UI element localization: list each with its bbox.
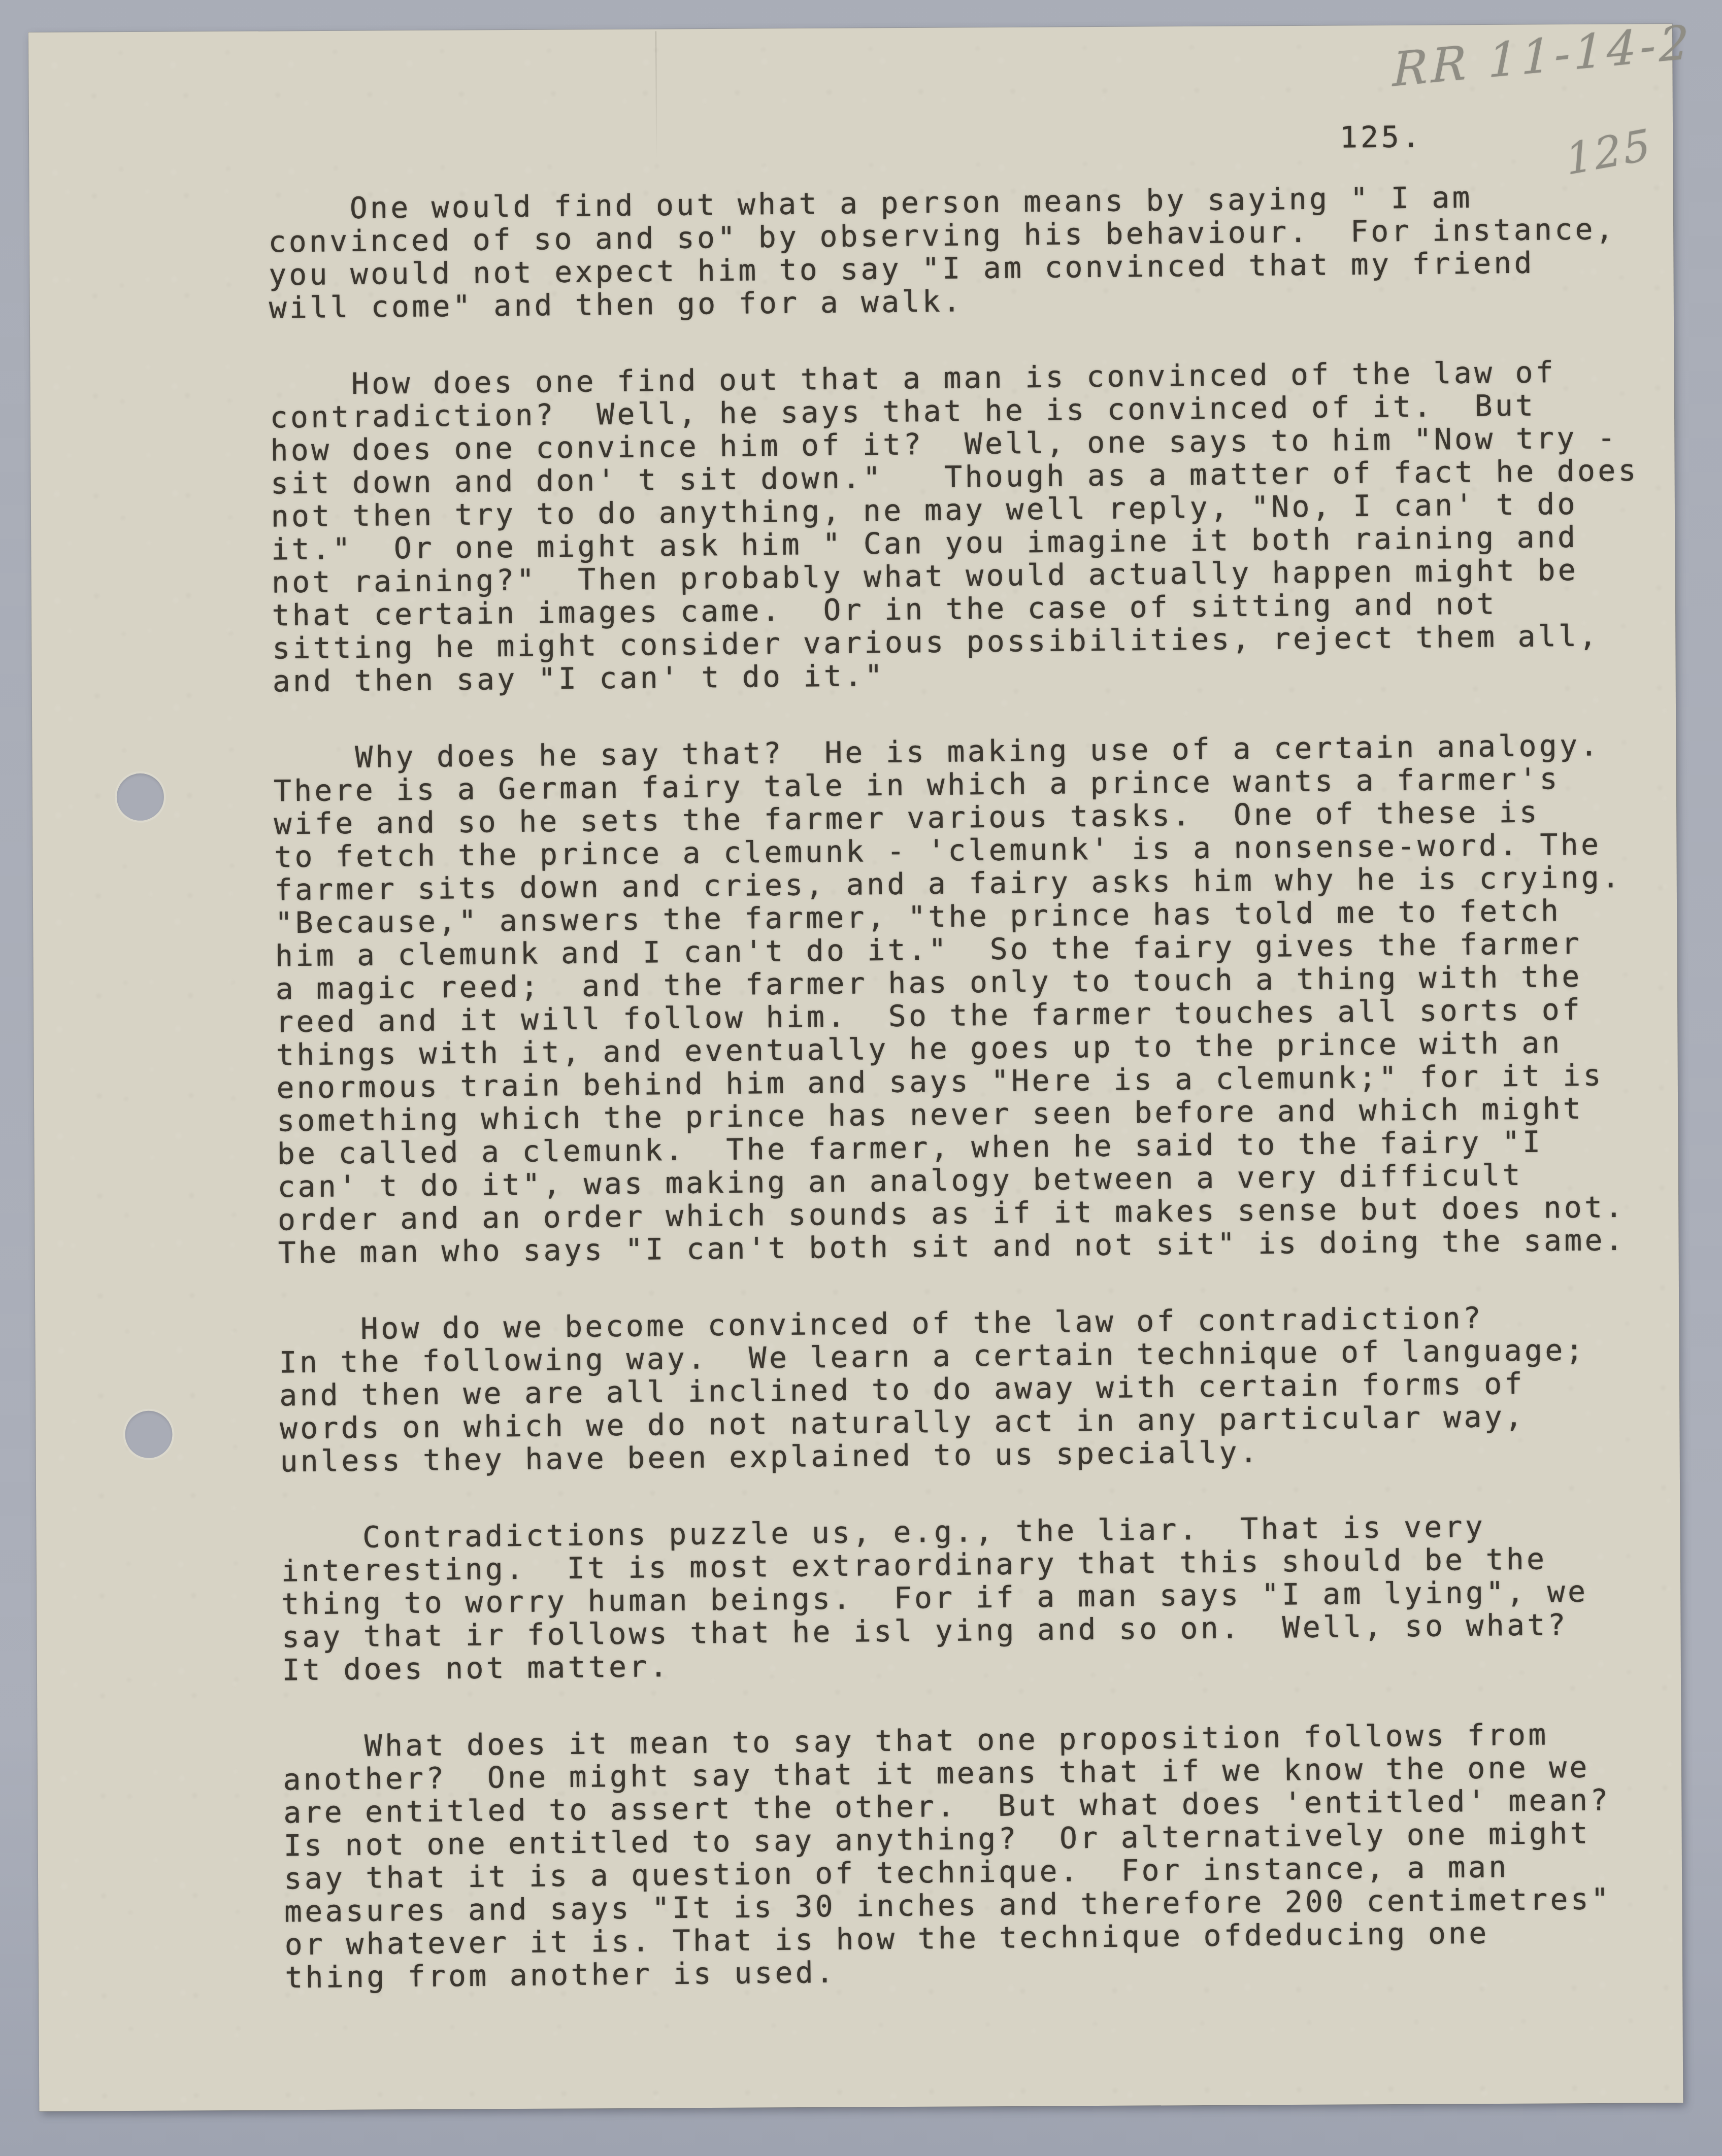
paper-sheet: 125. RR 11-14-2 125 One would find out w… — [28, 24, 1683, 2111]
pencil-annotation-page-number: 125 — [1563, 119, 1654, 184]
pencil-annotation-code: RR 11-14-2 — [1393, 15, 1693, 97]
paragraph-6: What does it mean to say that one propos… — [283, 1717, 1676, 1994]
punch-hole-top — [117, 773, 164, 821]
paragraph-5: Contradictions puzzle us, e.g., the liar… — [281, 1508, 1673, 1687]
paragraph-2: How does one find out that a man is conv… — [270, 355, 1664, 698]
paper-crease — [655, 31, 657, 161]
typescript-body: One would find out what a person means b… — [268, 179, 1677, 2038]
paragraph-1: One would find out what a person means b… — [268, 179, 1660, 324]
punch-hole-bottom — [125, 1411, 172, 1458]
scanned-page-background: 125. RR 11-14-2 125 One would find out w… — [0, 0, 1722, 2156]
paragraph-4: How do we become convinced of the law of… — [279, 1300, 1671, 1478]
typed-page-number: 125. — [1340, 121, 1423, 154]
paragraph-3: Why does he say that? He is making use o… — [273, 728, 1669, 1269]
